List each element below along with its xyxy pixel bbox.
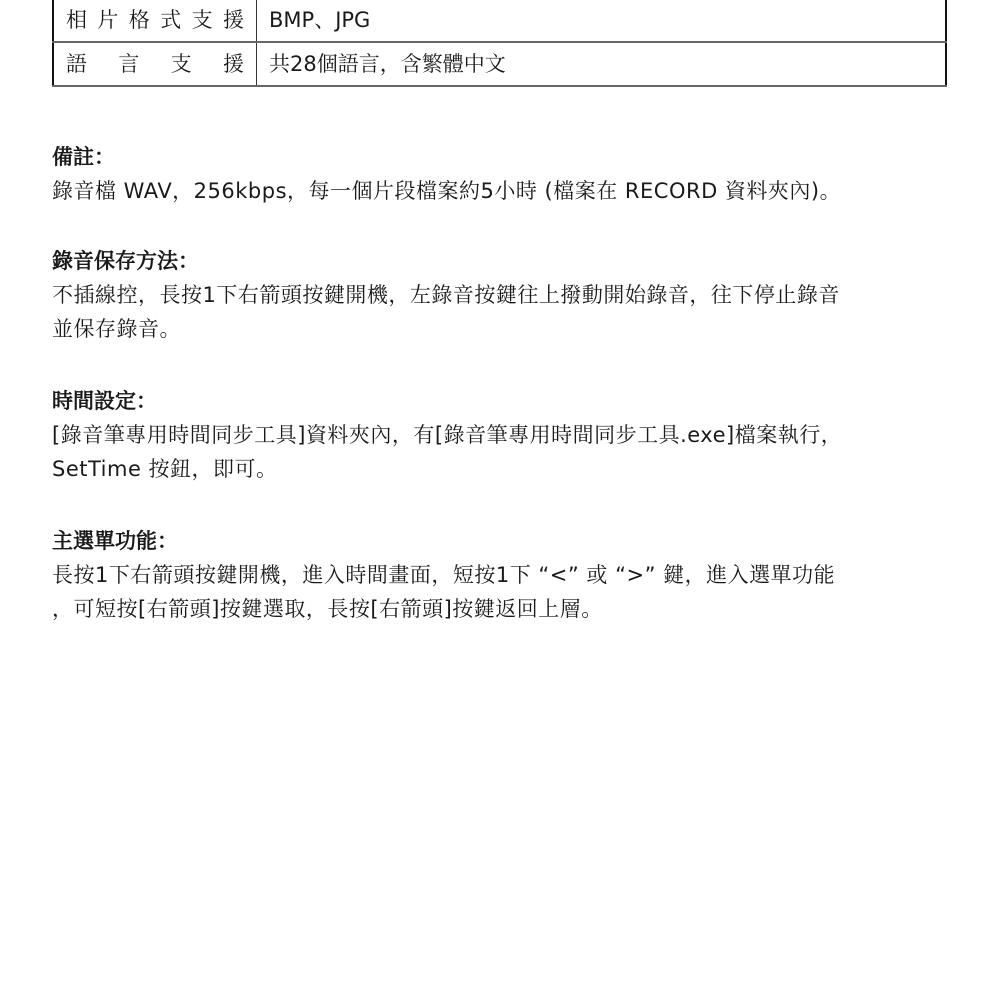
section-main-menu: 主選單功能： 長按1下右箭頭按鍵開機，進入時間畫面，短按1下 “<” 或 “>”… [52, 524, 835, 626]
section-line: 並保存錄音。 [52, 312, 840, 346]
section-title: 主選單功能： [52, 524, 835, 558]
spec-label: 語言支援 [53, 42, 257, 86]
spec-table: 相片格式支援 BMP、JPG 語言支援 共28個語言，含繁體中文 [52, 0, 947, 87]
section-line: SetTime 按鈕，即可。 [52, 452, 842, 486]
section-line: 不插線控，長按1下右箭頭按鍵開機，左錄音按鍵往上撥動開始錄音，往下停止錄音 [52, 278, 840, 312]
section-recording-save: 錄音保存方法： 不插線控，長按1下右箭頭按鍵開機，左錄音按鍵往上撥動開始錄音，往… [52, 244, 840, 346]
section-line: ，可短按[右箭頭]按鍵選取，長按[右箭頭]按鍵返回上層。 [52, 592, 835, 626]
spec-row-language: 語言支援 共28個語言，含繁體中文 [53, 42, 946, 86]
section-line: 長按1下右箭頭按鍵開機，進入時間畫面，短按1下 “<” 或 “>” 鍵，進入選單… [52, 558, 835, 592]
section-title: 錄音保存方法： [52, 244, 840, 278]
section-line: [錄音筆專用時間同步工具]資料夾內，有[錄音筆專用時間同步工具.exe]檔案執行… [52, 418, 842, 452]
section-line: 錄音檔 WAV，256kbps，每一個片段檔案約5小時 (檔案在 RECORD … [52, 174, 841, 208]
section-remarks: 備註： 錄音檔 WAV，256kbps，每一個片段檔案約5小時 (檔案在 REC… [52, 140, 841, 208]
spec-row-photo-format: 相片格式支援 BMP、JPG [53, 0, 946, 42]
section-time-setting: 時間設定： [錄音筆專用時間同步工具]資料夾內，有[錄音筆專用時間同步工具.ex… [52, 384, 842, 486]
section-title: 時間設定： [52, 384, 842, 418]
section-title: 備註： [52, 140, 841, 174]
spec-value: 共28個語言，含繁體中文 [257, 42, 947, 86]
spec-value: BMP、JPG [257, 0, 947, 42]
spec-label: 相片格式支援 [53, 0, 257, 42]
